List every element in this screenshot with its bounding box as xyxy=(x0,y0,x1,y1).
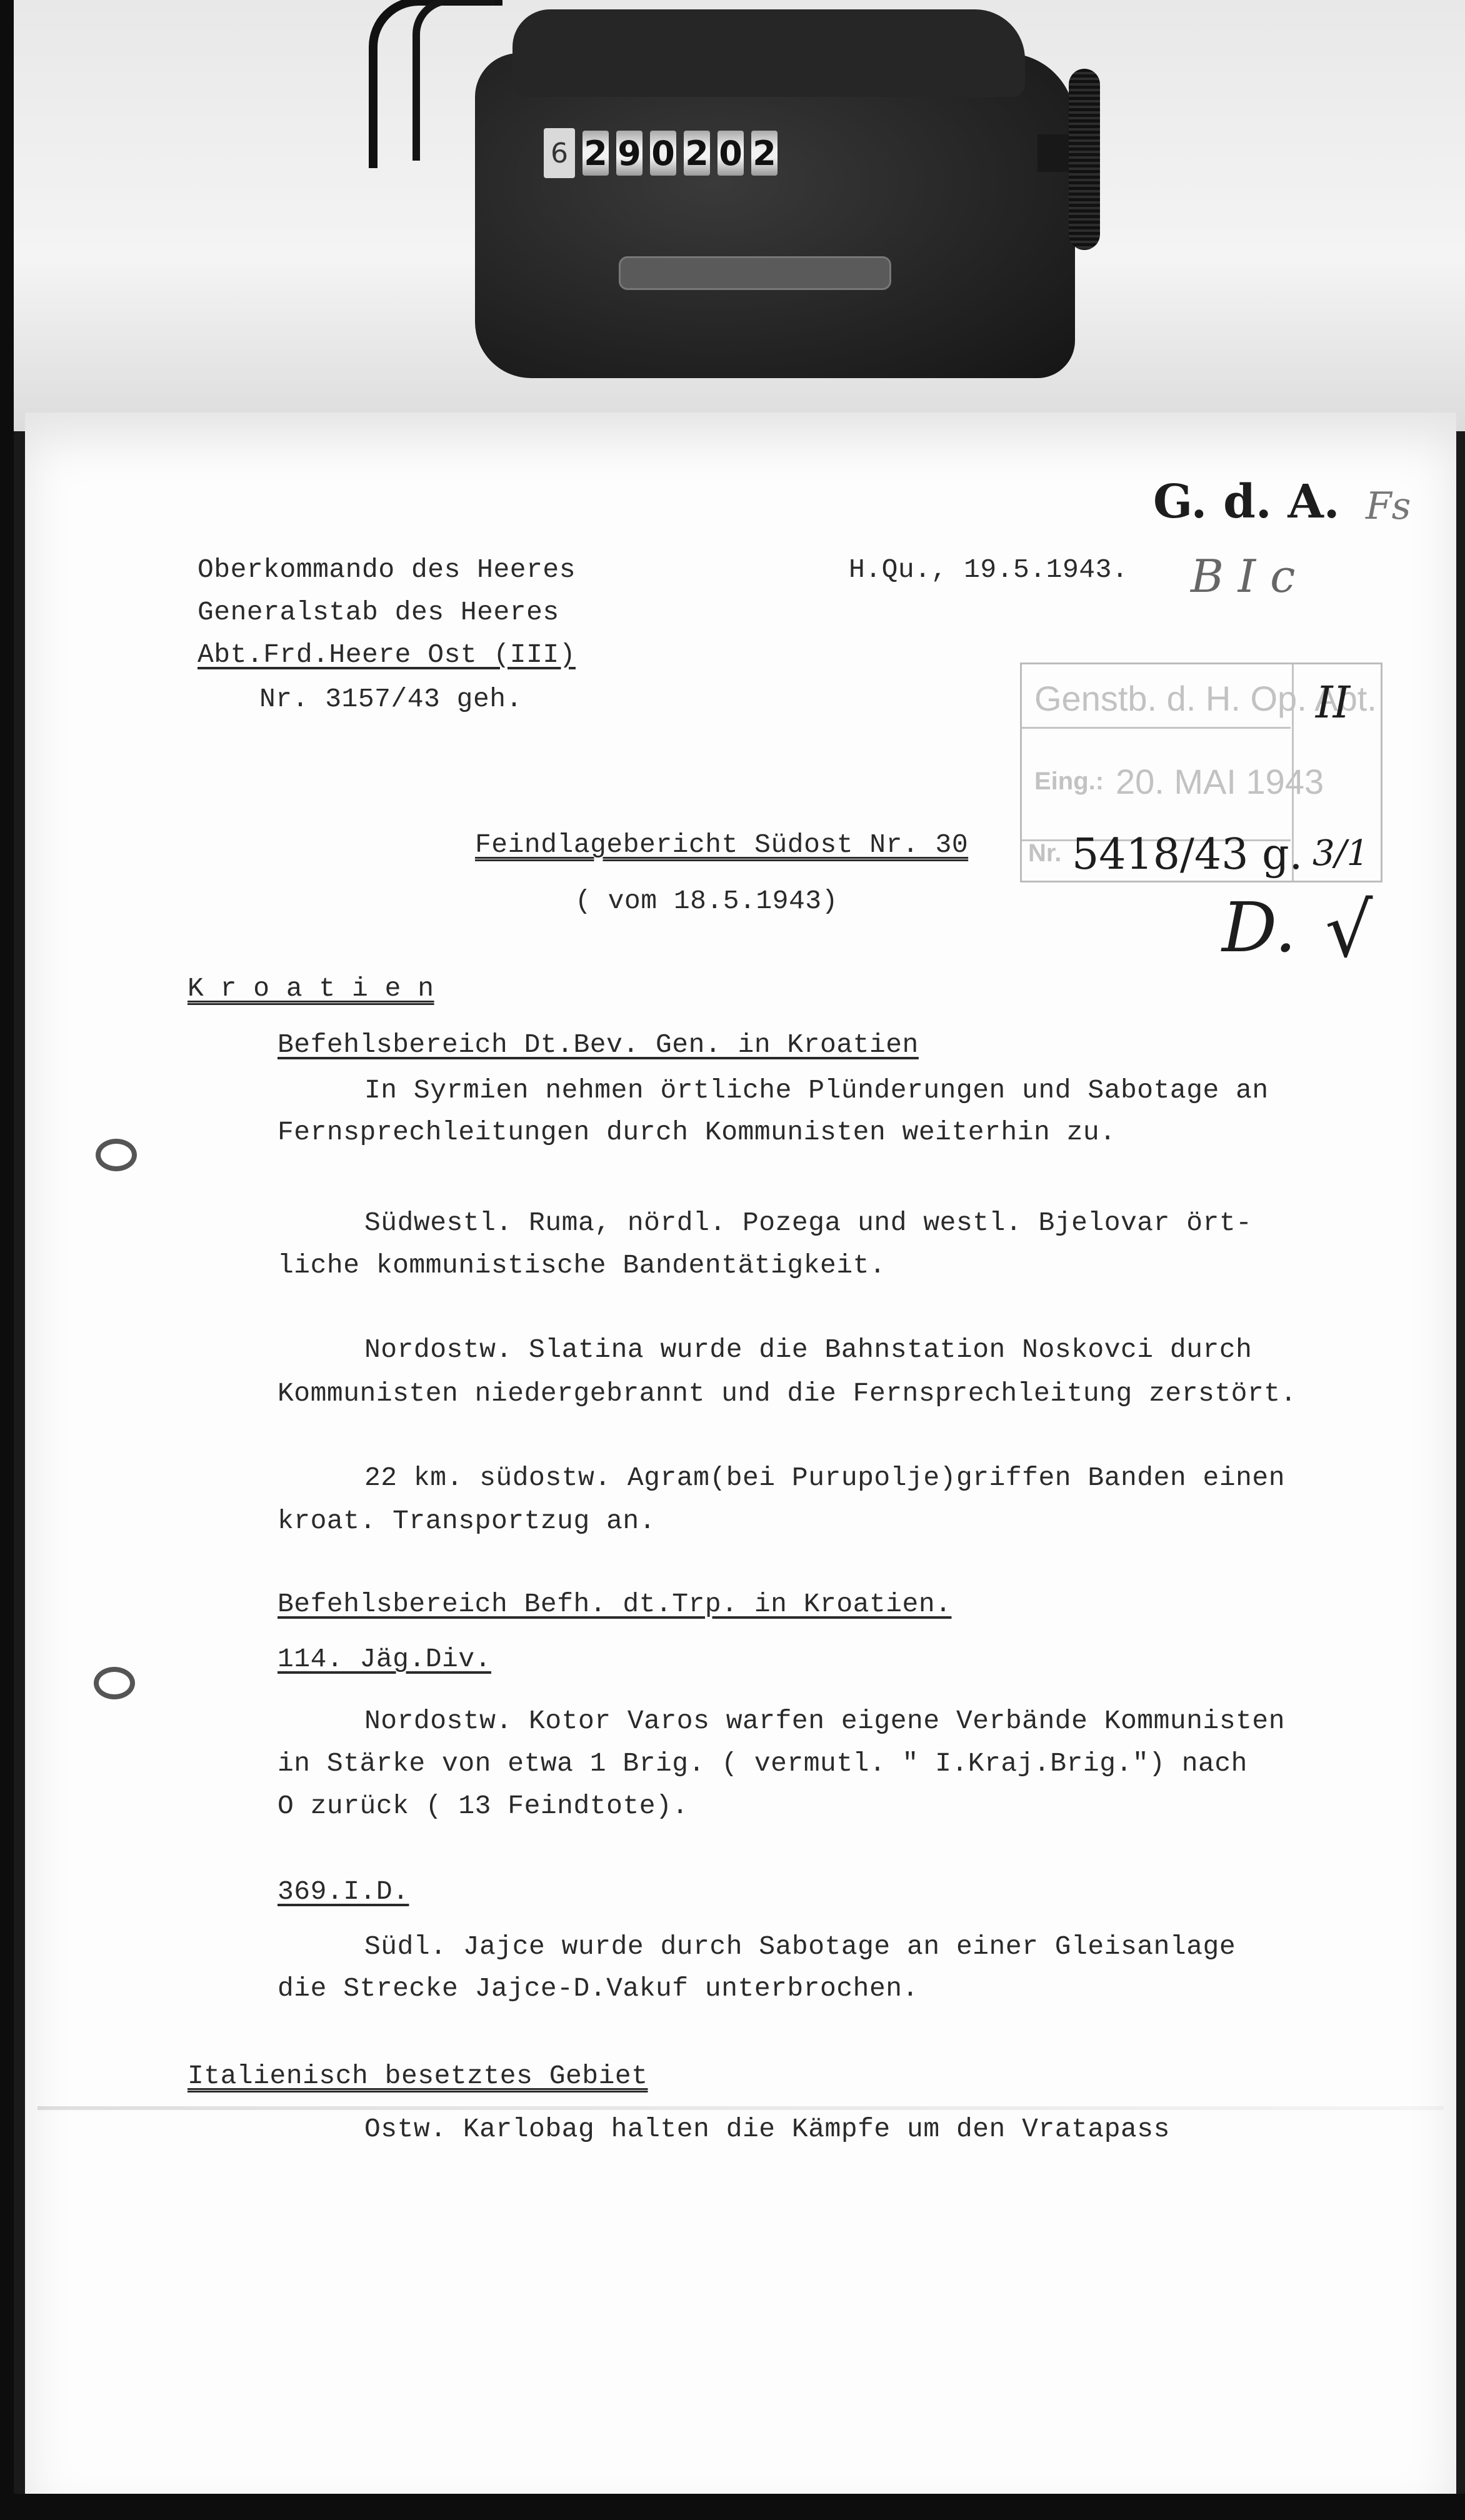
paragraph-line: In Syrmien nehmen örtliche Plünderungen … xyxy=(364,1077,1269,1104)
paragraph-line: 22 km. südostw. Agram(bei Purupolje)grif… xyxy=(364,1464,1285,1491)
paragraph-line: Nordostw. Kotor Varos warfen eigene Verb… xyxy=(364,1707,1285,1734)
stamp-side-mark-top: II xyxy=(1316,677,1350,728)
receipt-stamp: Genstb. d. H. Op. Abt. Eing.: 20. MAI 19… xyxy=(1020,662,1382,882)
stamp-received-label: Eing.: xyxy=(1034,767,1104,796)
report-title: Feindlagebericht Südost Nr. 30 xyxy=(475,831,968,858)
paragraph-line: Ostw. Karlobag halten die Kämpfe um den … xyxy=(364,2116,1170,2142)
unit-heading: 369.I.D. xyxy=(277,1878,409,1905)
report-subtitle: ( vom 18.5.1943) xyxy=(575,887,838,914)
counter-digit: 2 xyxy=(582,131,609,176)
paragraph-line: liche kommunistische Bandentätigkeit. xyxy=(277,1252,886,1279)
classification-mark: G. d. A. xyxy=(1153,475,1340,529)
paper-fold-edge xyxy=(37,2106,1444,2110)
sender-department: Abt.Frd.Heere Ost (III) xyxy=(197,641,576,668)
counter-digit: 2 xyxy=(684,131,710,176)
handwritten-initial: D. xyxy=(1222,887,1296,967)
sender-line: Generalstab des Heeres xyxy=(197,599,559,626)
handwritten-initials: Fs xyxy=(1366,484,1411,528)
paragraph-line: O zurück ( 13 Feindtote). xyxy=(277,1792,689,1819)
counter-digit: 9 xyxy=(616,131,642,176)
counter-top xyxy=(512,9,1025,97)
film-border-left xyxy=(0,0,14,2520)
counter-digit: 2 xyxy=(751,131,777,176)
sender-line: Oberkommando des Heeres xyxy=(197,556,576,583)
handwritten-code: B I c xyxy=(1191,550,1295,602)
counter-digit: 0 xyxy=(717,131,744,176)
check-mark-icon: √ xyxy=(1325,887,1372,974)
paragraph-line: Südwestl. Ruma, nördl. Pozega und westl.… xyxy=(364,1209,1252,1236)
stamp-number-value: 5418/43 g. xyxy=(1072,830,1302,879)
paragraph-line: Nordostw. Slatina wurde die Bahnstation … xyxy=(364,1336,1252,1363)
counter-digit: 0 xyxy=(650,131,676,176)
counter-nameplate xyxy=(619,256,891,290)
paragraph-line: Südl. Jajce wurde durch Sabotage an eine… xyxy=(364,1933,1236,1960)
paragraph-line: in Stärke von etwa 1 Brig. ( vermutl. " … xyxy=(277,1750,1247,1777)
section-heading: K r o a t i e n xyxy=(187,975,434,1002)
paragraph-line: Kommunisten niedergebrannt und die Ferns… xyxy=(277,1380,1297,1407)
subsection-heading: Befehlsbereich Dt.Bev. Gen. in Kroatien xyxy=(277,1031,919,1058)
unit-heading: 114. Jäg.Div. xyxy=(277,1646,491,1672)
file-number: Nr. 3157/43 geh. xyxy=(259,686,522,712)
paragraph-line: die Strecke Jajce-D.Vakuf unterbrochen. xyxy=(277,1975,919,2002)
counter-knob xyxy=(1069,69,1100,250)
punch-hole xyxy=(96,1139,137,1171)
subsection-heading: Befehlsbereich Befh. dt.Trp. in Kroatien… xyxy=(277,1591,951,1617)
paragraph-line: Fernsprechleitungen durch Kommunisten we… xyxy=(277,1119,1116,1146)
section-heading: Italienisch besetztes Gebiet xyxy=(187,2062,648,2089)
film-border-bottom xyxy=(0,2494,1465,2520)
counter-body xyxy=(475,53,1075,378)
stamp-side-mark-bottom: 3/1 xyxy=(1312,833,1369,874)
counter-digits: 6 2 9 0 2 0 2 xyxy=(544,128,777,178)
punch-hole xyxy=(94,1667,135,1699)
frame-counter-device: 6 2 9 0 2 0 2 xyxy=(475,9,1100,384)
counter-digit: 6 xyxy=(544,128,575,178)
stamp-number-label: Nr. xyxy=(1028,839,1061,867)
place-date: H.Qu., 19.5.1943. xyxy=(849,556,1128,583)
stamp-received-date: 20. MAI 1943 xyxy=(1116,761,1324,802)
paragraph-line: kroat. Transportzug an. xyxy=(277,1507,656,1534)
